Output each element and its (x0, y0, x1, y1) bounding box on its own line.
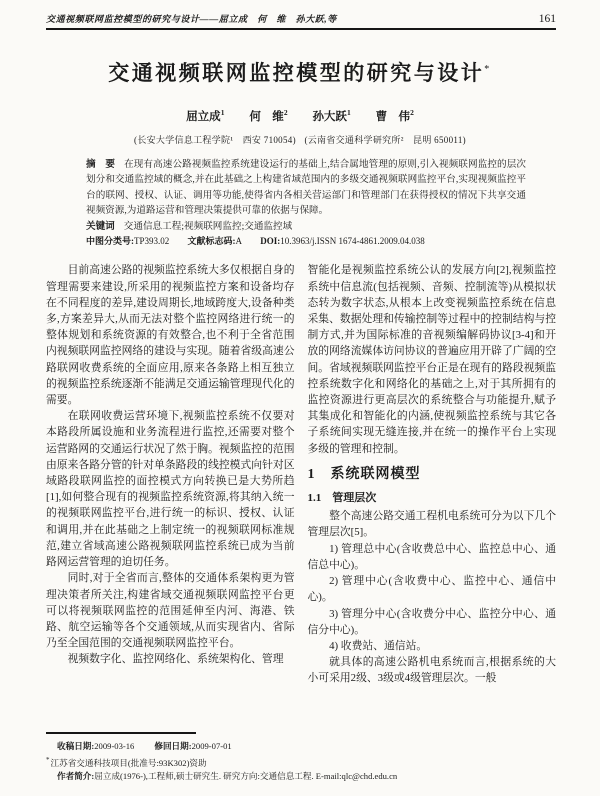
page-number: 161 (539, 13, 556, 25)
header-rule (46, 28, 556, 30)
body-paragraph: 智能化是视频监控系统公认的发展方向[2],视频监控系统中信息流(包括视频、音频、… (308, 262, 557, 456)
revised-label: 修回日期: (154, 741, 191, 751)
author-affil-mark: 2 (410, 108, 414, 117)
author-name: 孙大跃 (312, 111, 347, 123)
body-paragraph: 视频数字化、监控网络化、系统架构化、管理 (46, 651, 295, 667)
bio-text: 屈立成(1976-),工程师,硕士研究生. 研究方向:交通信息工程. E-mai… (94, 771, 397, 781)
article-title: 交通视频联网监控模型的研究与设计* (0, 57, 600, 87)
keywords-text: 交通信息工程;视频联网监控;交通监控域 (124, 221, 292, 232)
dates-line: 收稿日期:2009-03-16修回日期:2009-07-01 (46, 740, 524, 754)
document-code: 文献标志码:A (188, 236, 243, 246)
abstract-paragraph: 摘 要在现有高速公路视频监控系统建设运行的基础上,结合属地管理的原则,引入视频联… (86, 157, 526, 219)
footnote-block: 收稿日期:2009-03-16修回日期:2009-07-01 *江苏省交通科技项… (46, 732, 524, 784)
right-column: 智能化是视频监控系统公认的发展方向[2],视频监控系统中信息流(包括视频、音频、… (308, 262, 557, 686)
subsection-heading: 1.1 管理层次 (308, 490, 557, 506)
affiliation-2: (云南省交通科学研究所² 昆明 650011) (304, 135, 466, 145)
section-heading: 1 系统联网模型 (308, 467, 557, 483)
title-footnote-mark: * (484, 64, 492, 75)
list-item: 1) 管理总中心(含收费总中心、监控总中心、通信总中心)。 (308, 541, 557, 573)
classification-line: 中图分类号:TP393.02 文献标志码:A DOI:10.3963/j.ISS… (86, 234, 526, 249)
body-paragraph: 目前高速公路的视频监控系统大多仅根据自身的管理需要来建设,所采用的视频监控方案和… (46, 262, 295, 408)
author-name: 何 维 (249, 111, 284, 123)
affiliation-line: (长安大学信息工程学院¹ 西安 710054) (云南省交通科学研究所² 昆明 … (0, 133, 600, 146)
bio-label: 作者简介: (57, 771, 94, 781)
author-affil-mark: 1 (221, 108, 225, 117)
journal-page: 交通视频联网监控模型的研究与设计——屈立成 何 维 孙大跃,等 161 交通视频… (0, 0, 600, 796)
abstract-text: 在现有高速公路视频监控系统建设运行的基础上,结合属地管理的原则,引入视频联网监控… (86, 159, 526, 216)
page-header: 交通视频联网监控模型的研究与设计——屈立成 何 维 孙大跃,等 161 (0, 0, 600, 25)
body-paragraph: 整个高速公路交通工程机电系统可分为以下几个管理层次[5]。 (308, 508, 557, 540)
author: 孙大跃1 (312, 111, 350, 123)
clc-number: 中图分类号:TP393.02 (86, 236, 169, 246)
author-name: 屈立成 (186, 111, 221, 123)
author: 何 维2 (249, 111, 287, 123)
left-column: 目前高速公路的视频监控系统大多仅根据自身的管理需要来建设,所采用的视频监控方案和… (46, 262, 295, 686)
author-name: 曹 伟 (376, 111, 411, 123)
doi: DOI:10.3963/j.ISSN 1674-4861.2009.04.038 (260, 236, 425, 246)
abstract-block: 摘 要在现有高速公路视频监控系统建设运行的基础上,结合属地管理的原则,引入视频联… (86, 157, 526, 249)
received-label: 收稿日期: (57, 741, 94, 751)
body-paragraph: 在联网收费运营环境下,视频监控系统不仅要对本路段所属设施和业务流程进行监控,还需… (46, 408, 295, 570)
keywords-line: 关键词交通信息工程;视频联网监控;交通监控域 (86, 219, 526, 234)
funding-line: *江苏省交通科技项目(批准号:93K302)资助 (46, 754, 524, 771)
affiliation-1: (长安大学信息工程学院¹ 西安 710054) (134, 135, 296, 145)
revised-date: 2009-07-01 (192, 741, 232, 751)
list-item: 3) 管理分中心(含收费分中心、监控分中心、通信分中心)。 (308, 606, 557, 638)
list-item: 2) 管理中心(含收费中心、监控中心、通信中心)。 (308, 573, 557, 605)
funding-mark: * (46, 756, 50, 764)
footnote-rule (46, 732, 196, 734)
author: 屈立成1 (186, 111, 224, 123)
keywords-label: 关键词 (86, 221, 115, 232)
author-bio-line: 作者简介:屈立成(1976-),工程师,硕士研究生. 研究方向:交通信息工程. … (46, 770, 524, 784)
author-affil-mark: 2 (284, 108, 288, 117)
funding-text: 江苏省交通科技项目(批准号:93K302)资助 (51, 757, 207, 767)
list-item: 4) 收费站、通信站。 (308, 638, 557, 654)
author: 曹 伟2 (376, 111, 414, 123)
received-date: 2009-03-16 (94, 741, 134, 751)
article-title-text: 交通视频联网监控模型的研究与设计 (108, 61, 484, 85)
body-columns: 目前高速公路的视频监控系统大多仅根据自身的管理需要来建设,所采用的视频监控方案和… (0, 262, 600, 686)
body-paragraph: 就具体的高速公路机电系统而言,根据系统的大小可采用2级、3级或4级管理层次。一般 (308, 654, 557, 686)
author-line: 屈立成1 何 维2 孙大跃1 曹 伟2 (0, 108, 600, 124)
running-title: 交通视频联网监控模型的研究与设计——屈立成 何 维 孙大跃,等 (46, 12, 337, 25)
body-paragraph: 同时,对于全省而言,整体的交通体系架构更为管理决策者所关注,构建省域交通视频联网… (46, 570, 295, 651)
author-affil-mark: 1 (347, 108, 351, 117)
abstract-label: 摘 要 (86, 159, 115, 170)
